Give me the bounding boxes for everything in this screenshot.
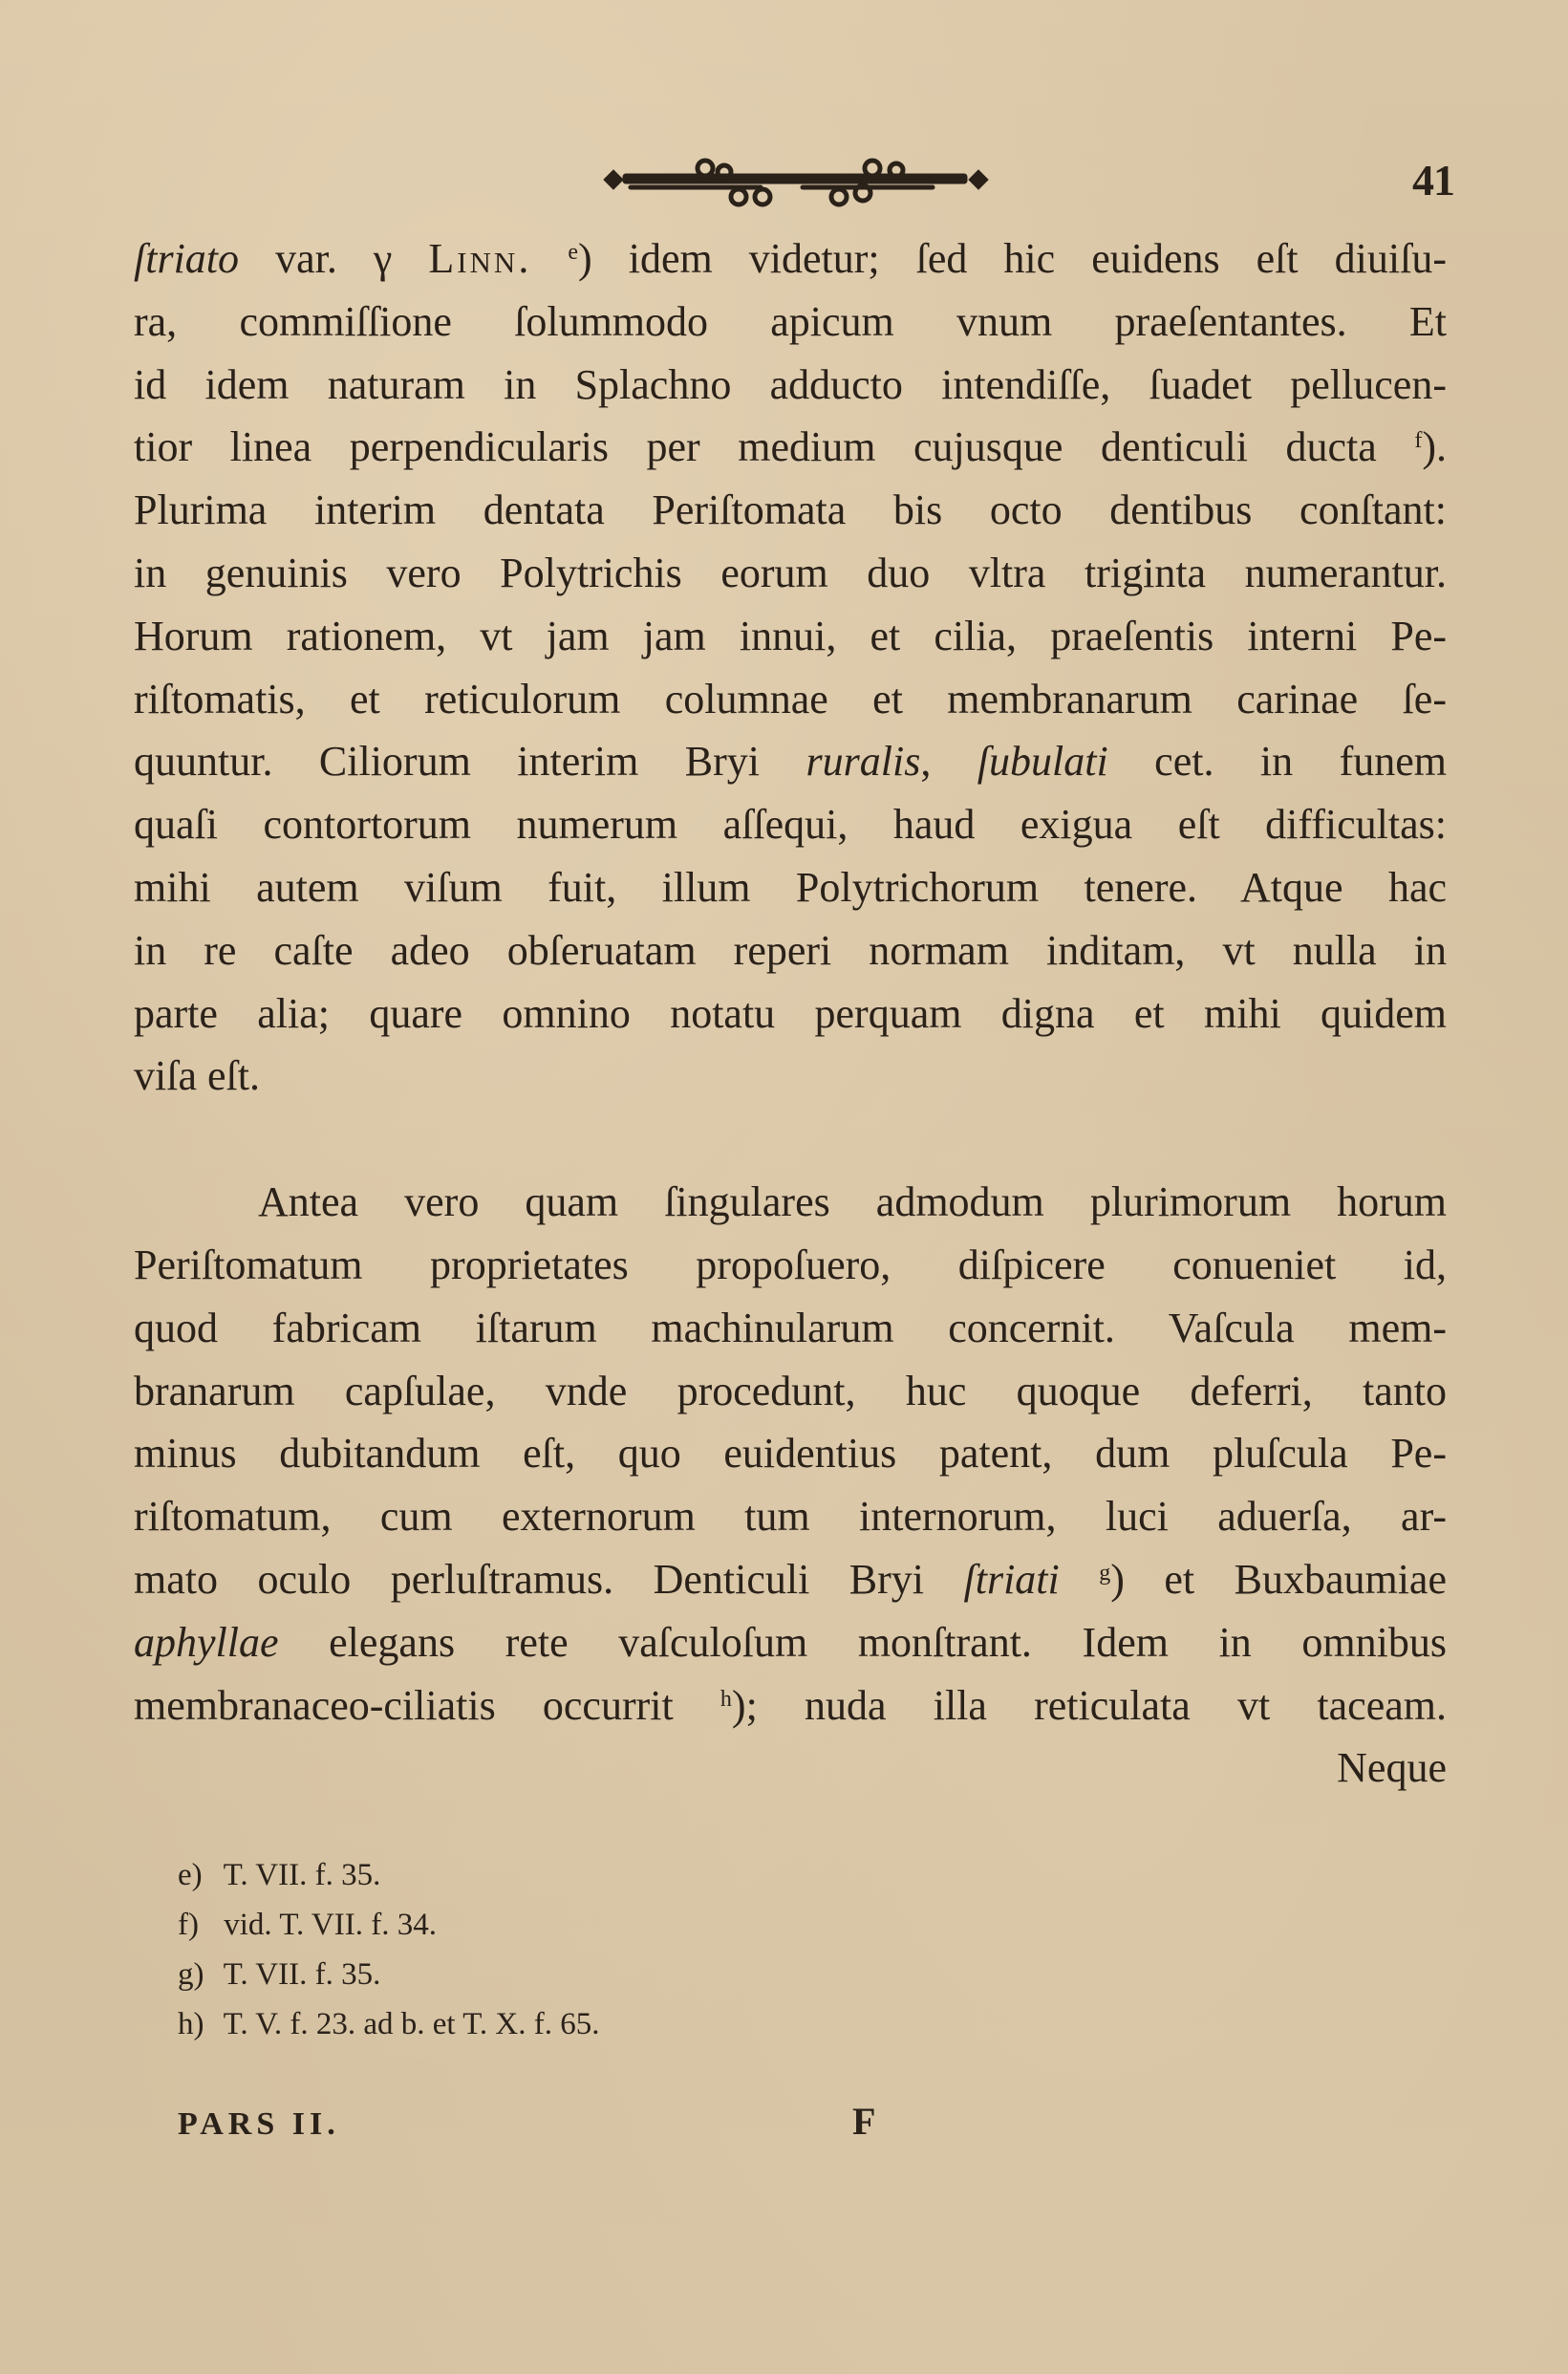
headpiece-ornament-icon [600,155,992,208]
page-number: 41 [1412,155,1454,205]
body-text: ſtriato var. γ Linn. e) idem videtur; ſe… [134,227,1447,1800]
text-line: Plurima interim dentata Periſtomata bis … [134,479,1447,542]
text-line: ſtriato var. γ Linn. e) idem videtur; ſe… [134,227,1447,291]
text-line: Horum rationem, vt jam jam innui, et cil… [134,605,1447,668]
text-run: cet. in funem [1108,738,1447,785]
footnote-e: e) T. VII. f. 35. [178,1850,599,1900]
text-line: parte alia; quare omnino notatu perquam … [134,982,1447,1046]
text-line: quaſi contortorum numerum aſſequi, haud … [134,793,1447,856]
signature-mark: F [852,2099,875,2144]
text-line: minus dubitandum eſt, quo euidentius pat… [134,1422,1447,1485]
text-run: , [920,738,977,785]
text-run: ) et Buxbaumiae [1110,1556,1447,1603]
text-line: tior linea perpendicularis per medium cu… [134,416,1447,479]
text-line: branarum capſulae, vnde procedunt, huc q… [134,1360,1447,1423]
footnote-mark: f) [178,1900,216,1950]
italic-term: ſubulati [977,738,1108,785]
text-run: quuntur. Ciliorum interim Bryi [134,738,806,785]
footnote-h: h) T. V. f. 23. ad b. et T. X. f. 65. [178,1999,599,2049]
text-line: mihi autem viſum fuit, illum Polytrichor… [134,856,1447,919]
author-abbrev: Linn. [428,235,531,282]
text-line: membranaceo-ciliatis occurrit h); nuda i… [134,1674,1447,1737]
text-line: Antea vero quam ſingulares admodum pluri… [134,1171,1447,1234]
footnote-g: g) T. VII. f. 35. [178,1950,599,1999]
text-line: ra, commiſſione ſolummodo apicum vnum pr… [134,291,1447,354]
footnote-ref: e [568,240,578,265]
text-line: quuntur. Ciliorum interim Bryi ruralis, … [134,730,1447,793]
text-run: membranaceo-ciliatis occurrit [134,1682,674,1729]
paragraph-gap [134,1108,1447,1171]
text-line: in re caſte adeo obſeruatam reperi norma… [134,919,1447,982]
footnote-mark: e) [178,1850,216,1900]
book-page: 41 ſtriato var. γ Linn. e) idem videtur;… [0,0,1568,2374]
footnote-text: T. VII. f. 35. [224,1957,381,1992]
text-line: riſtomatum, cum externorum tum internoru… [134,1485,1447,1548]
italic-term: ſtriato [134,235,239,282]
footnote-text: vid. T. VII. f. 34. [224,1908,437,1942]
italic-term: aphyllae [134,1619,279,1666]
text-line: viſa eſt. [134,1045,1447,1108]
footnotes: e) T. VII. f. 35. f) vid. T. VII. f. 34.… [178,1850,599,2049]
footnote-ref: h [720,1687,732,1712]
text-run: var. γ [239,235,428,282]
text-run: ). [1422,423,1447,470]
signature-line: PARS II. [178,2106,340,2143]
footnote-f: f) vid. T. VII. f. 34. [178,1900,599,1950]
footnote-text: T. VII. f. 35. [224,1858,381,1892]
catchword: Neque [134,1737,1447,1800]
text-run: elegans rete vaſculoſum monſtrant. Idem … [279,1619,1447,1666]
footnote-mark: g) [178,1950,216,1999]
text-run: ); nuda illa reticulata vt taceam. [732,1682,1447,1729]
text-line: aphyllae elegans rete vaſculoſum monſtra… [134,1611,1447,1674]
text-line: mato oculo perluſtramus. Denticuli Bryi … [134,1548,1447,1611]
footnote-mark: h) [178,1999,216,2049]
text-run: ) idem videtur; ſed hic euidens eſt diui… [578,235,1447,282]
text-line: id idem naturam in Splachno adducto inte… [134,354,1447,417]
text-line: Periſtomatum proprietates propoſuero, di… [134,1234,1447,1297]
text-line: quod fabricam iſtarum machinularum conce… [134,1297,1447,1360]
footnote-ref: g [1099,1561,1110,1586]
text-line: in genuinis vero Polytrichis eorum duo v… [134,542,1447,605]
text-run: mato oculo perluſtramus. Denticuli Bryi [134,1556,964,1603]
italic-term: ruralis [806,738,921,785]
text-run: tior linea perpendicularis per medium cu… [134,423,1377,470]
footnote-text: T. V. f. 23. ad b. et T. X. f. 65. [224,2007,600,2041]
italic-term: ſtriati [964,1556,1060,1603]
text-line: riſtomatis, et reticulorum columnae et m… [134,668,1447,731]
